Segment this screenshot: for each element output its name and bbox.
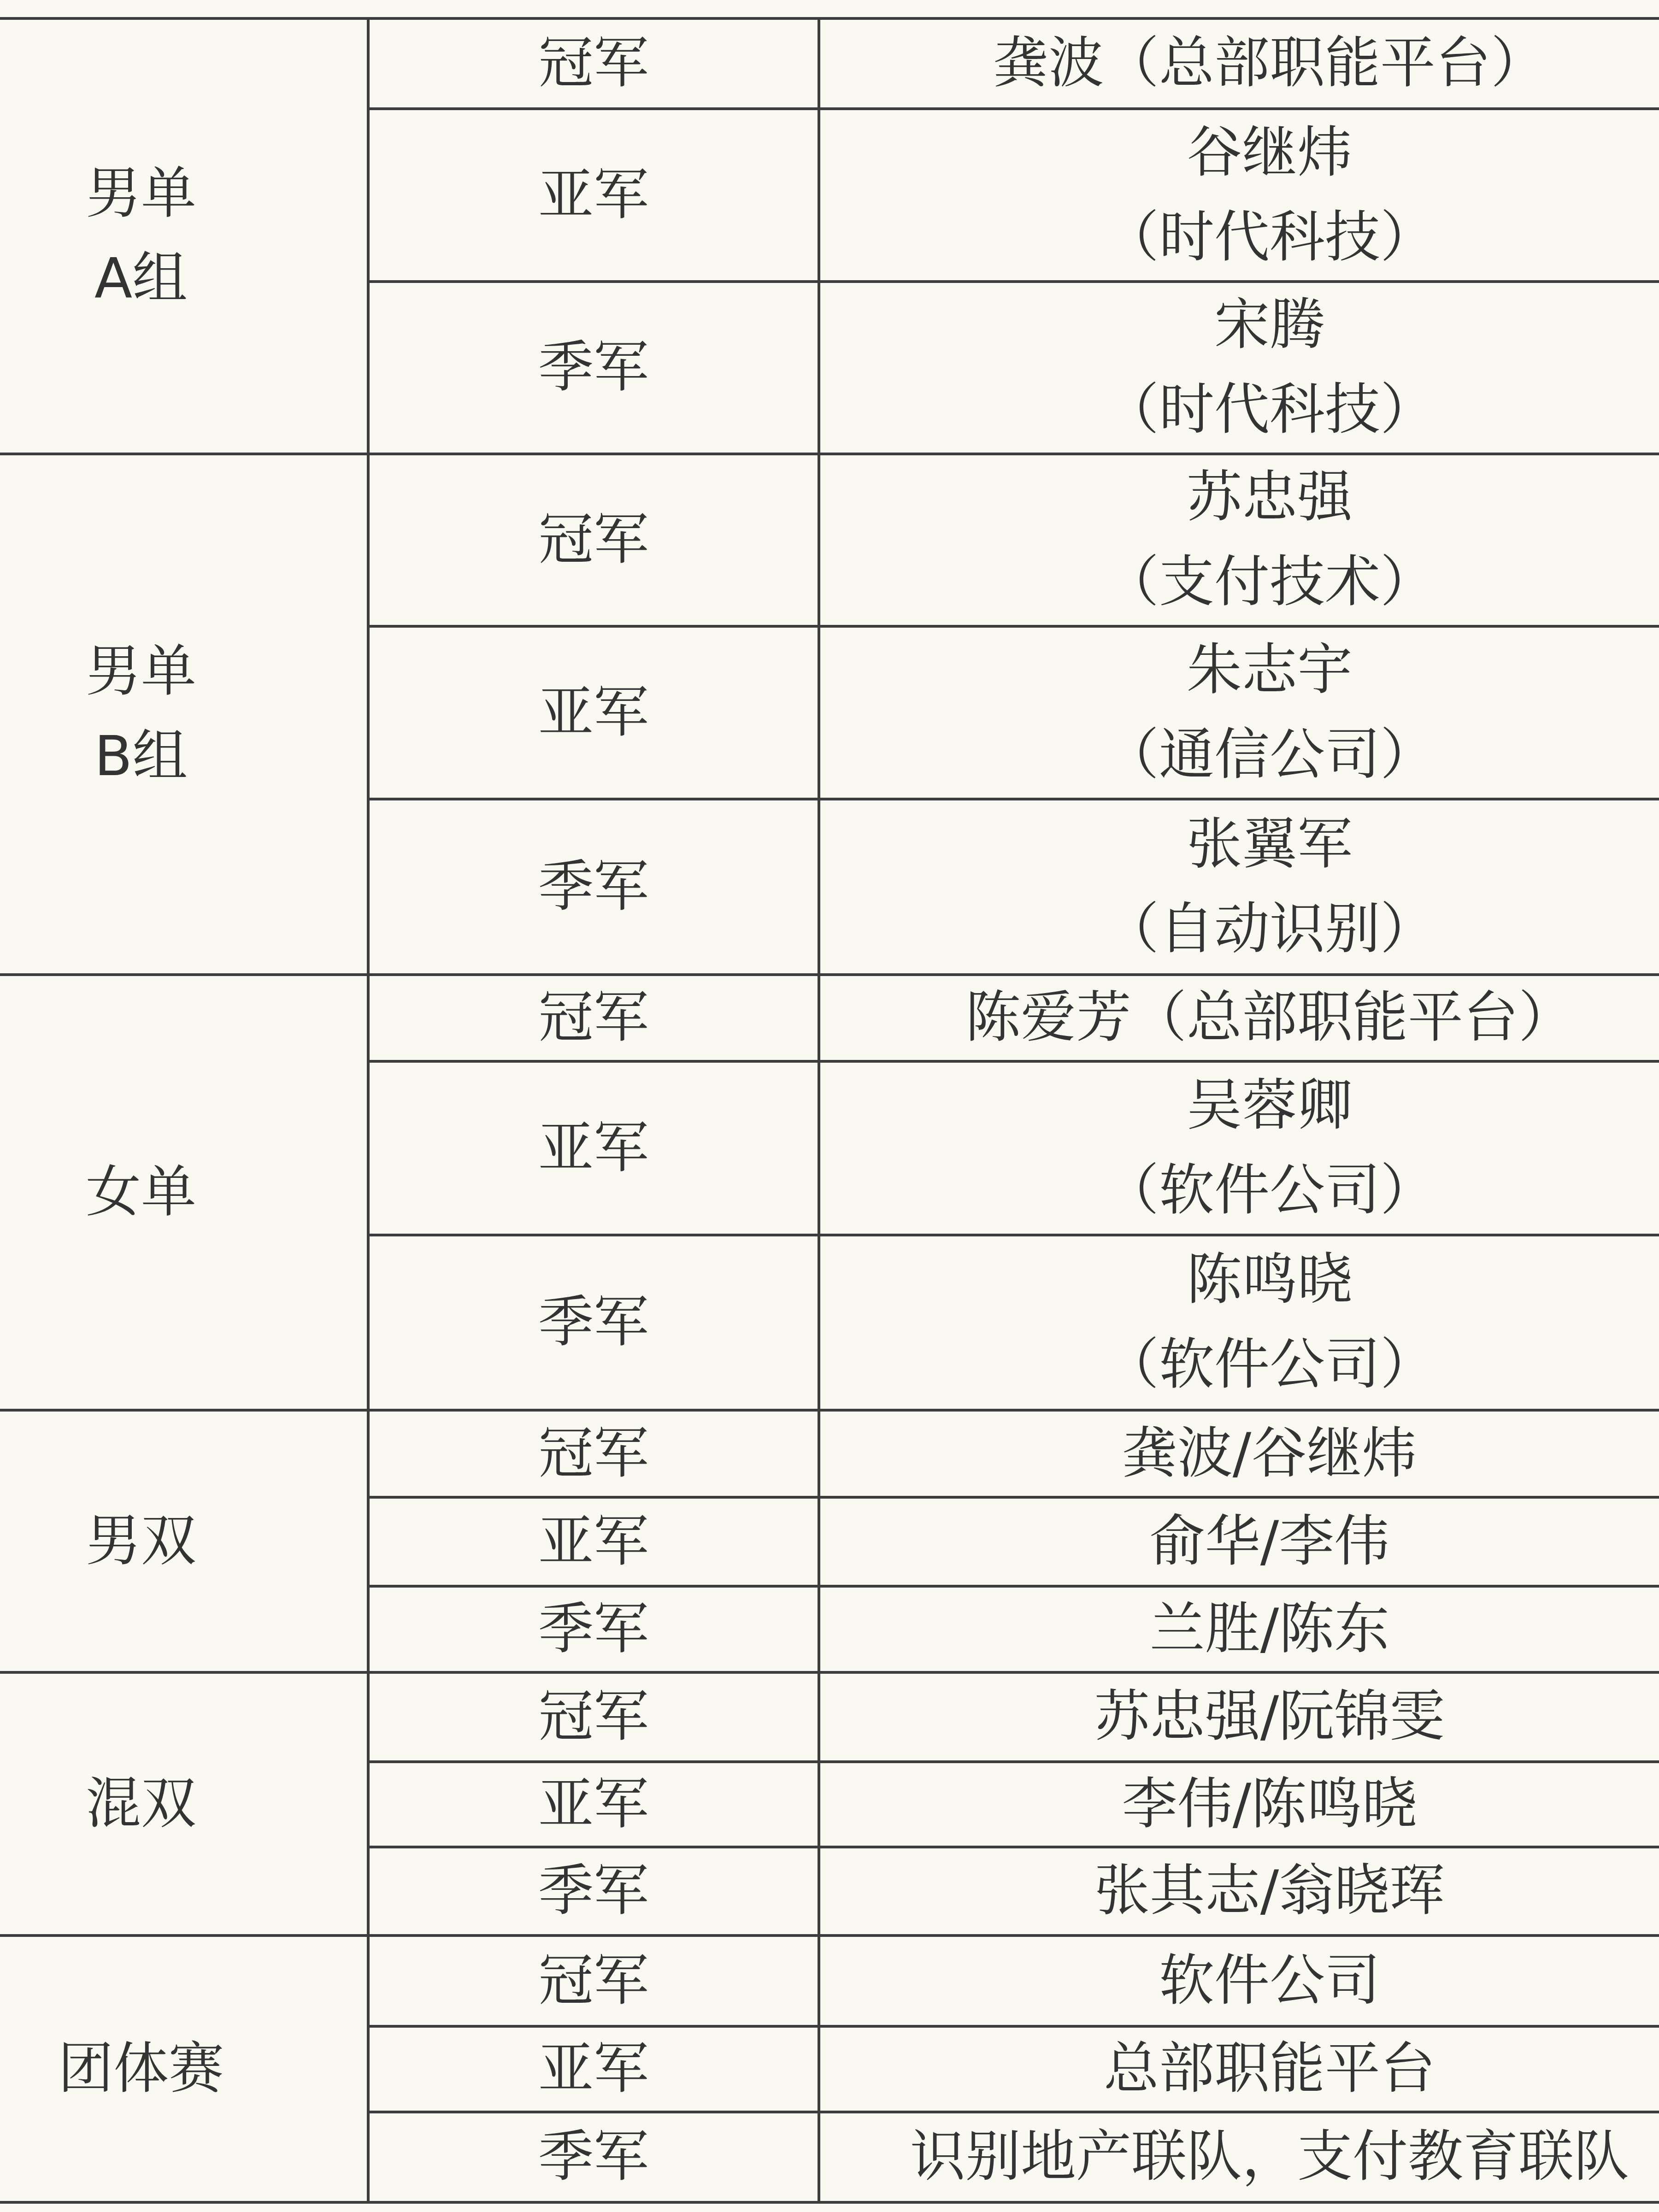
winner-line: 兰胜/陈东	[1150, 1587, 1389, 1672]
event-label-line: A组	[94, 236, 188, 321]
place-label: 冠军	[538, 1675, 649, 1759]
place-cell: 亚军	[370, 110, 818, 280]
winner-line: 识别地产联队，支付教育联队	[910, 2115, 1629, 2200]
winner-name: 宋腾	[1214, 283, 1325, 368]
winner-team: （通信公司）	[1104, 713, 1435, 798]
winner-line: 总部职能平台	[1104, 2027, 1435, 2112]
place-label: 冠军	[538, 498, 649, 582]
event-cell-mens-doubles: 男双	[0, 1412, 367, 1671]
winner-cell: 兰胜/陈东	[820, 1588, 1659, 1671]
winner-cell: 苏忠强 （支付技术）	[820, 455, 1659, 625]
winner-cell: 龚波/谷继炜	[820, 1412, 1659, 1496]
place-label: 季军	[538, 1280, 649, 1365]
winner-line: 龚波/谷继炜	[1122, 1412, 1417, 1496]
event-label-line: B组	[94, 714, 188, 799]
winner-line: 苏忠强/阮锦雯	[1094, 1675, 1445, 1759]
place-cell: 冠军	[370, 976, 818, 1060]
winner-team: （软件公司）	[1104, 1148, 1435, 1233]
place-cell: 冠军	[370, 1412, 818, 1496]
winner-team: （支付技术）	[1104, 540, 1435, 625]
winner-line: 俞华/李伟	[1150, 1500, 1389, 1584]
event-cell-womens-singles: 女单	[0, 976, 367, 1409]
winner-line: 陈爱芳（总部职能平台）	[965, 976, 1574, 1060]
place-label: 亚军	[538, 2027, 649, 2112]
place-cell: 季军	[370, 1848, 818, 1934]
event-label-line: 男单	[86, 629, 196, 714]
results-table: 男单 A组 冠军 龚波（总部职能平台） 亚军 谷继炜 （时代科技） 季军 宋腾 …	[0, 17, 1659, 2204]
place-label: 季军	[538, 325, 649, 410]
winner-cell: 张其志/翁晓珲	[820, 1848, 1659, 1934]
winner-cell: 总部职能平台	[820, 2028, 1659, 2111]
place-label: 亚军	[538, 153, 649, 238]
event-cell-mixed-doubles: 混双	[0, 1674, 367, 1934]
event-label-line: 团体赛	[58, 2027, 224, 2112]
winner-cell: 宋腾 （时代科技）	[820, 283, 1659, 453]
winner-name: 陈鸣晓	[1187, 1238, 1353, 1323]
event-label-line: 女单	[86, 1150, 196, 1235]
winner-line: 软件公司	[1159, 1939, 1380, 2024]
place-cell: 亚军	[370, 1063, 818, 1234]
winner-team: （软件公司）	[1104, 1323, 1435, 1407]
place-label: 亚军	[538, 671, 649, 755]
winner-cell: 龚波（总部职能平台）	[820, 20, 1659, 107]
event-cell-team: 团体赛	[0, 1937, 367, 2201]
place-cell: 亚军	[370, 1499, 818, 1585]
winner-team: （时代科技）	[1104, 368, 1435, 453]
event-label-line: 混双	[86, 1762, 196, 1847]
place-cell: 季军	[370, 800, 818, 973]
winner-cell: 李伟/陈鸣晓	[820, 1763, 1659, 1846]
winner-cell: 俞华/李伟	[820, 1499, 1659, 1585]
event-cell-mens-singles-b: 男单 B组	[0, 455, 367, 973]
winner-cell: 谷继炜 （时代科技）	[820, 110, 1659, 280]
place-label: 冠军	[538, 1939, 649, 2024]
winner-cell: 苏忠强/阮锦雯	[820, 1674, 1659, 1760]
winner-cell: 陈鸣晓 （软件公司）	[820, 1236, 1659, 1409]
place-cell: 季军	[370, 1588, 818, 1671]
place-cell: 季军	[370, 2113, 818, 2201]
place-cell: 冠军	[370, 1674, 818, 1760]
place-label: 季军	[538, 1849, 649, 1934]
winner-cell: 吴蓉卿 （软件公司）	[820, 1063, 1659, 1234]
winner-line: 龚波（总部职能平台）	[993, 21, 1546, 106]
place-cell: 亚军	[370, 1763, 818, 1846]
place-label: 冠军	[538, 1412, 649, 1496]
winner-team: （自动识别）	[1104, 887, 1435, 972]
place-label: 季军	[538, 1587, 649, 1672]
event-label-line: 男单	[86, 152, 196, 236]
winner-name: 谷继炜	[1187, 111, 1353, 195]
winner-name: 苏忠强	[1187, 455, 1353, 540]
winner-cell: 软件公司	[820, 1937, 1659, 2025]
place-label: 亚军	[538, 1500, 649, 1584]
winner-cell: 识别地产联队，支付教育联队	[820, 2113, 1659, 2201]
winner-team: （时代科技）	[1104, 195, 1435, 280]
winner-cell: 陈爱芳（总部职能平台）	[820, 976, 1659, 1060]
winner-name: 朱志宇	[1187, 628, 1353, 713]
event-cell-mens-singles-a: 男单 A组	[0, 20, 367, 453]
place-label: 冠军	[538, 21, 649, 106]
event-label-line: 男双	[86, 1499, 196, 1584]
winner-cell: 张翼军 （自动识别）	[820, 800, 1659, 973]
place-label: 季军	[538, 2115, 649, 2200]
winner-cell: 朱志宇 （通信公司）	[820, 628, 1659, 798]
place-label: 冠军	[538, 976, 649, 1060]
place-cell: 冠军	[370, 455, 818, 625]
place-cell: 冠军	[370, 1937, 818, 2025]
place-label: 亚军	[538, 1106, 649, 1191]
place-cell: 亚军	[370, 628, 818, 798]
place-cell: 亚军	[370, 2028, 818, 2111]
place-label: 亚军	[538, 1762, 649, 1847]
winner-name: 张翼军	[1187, 802, 1353, 887]
place-label: 季军	[538, 845, 649, 930]
winner-line: 张其志/翁晓珲	[1094, 1849, 1445, 1934]
place-cell: 季军	[370, 283, 818, 453]
place-cell: 季军	[370, 1236, 818, 1409]
place-cell: 冠军	[370, 20, 818, 107]
winner-name: 吴蓉卿	[1187, 1064, 1353, 1148]
winner-line: 李伟/陈鸣晓	[1122, 1762, 1417, 1847]
